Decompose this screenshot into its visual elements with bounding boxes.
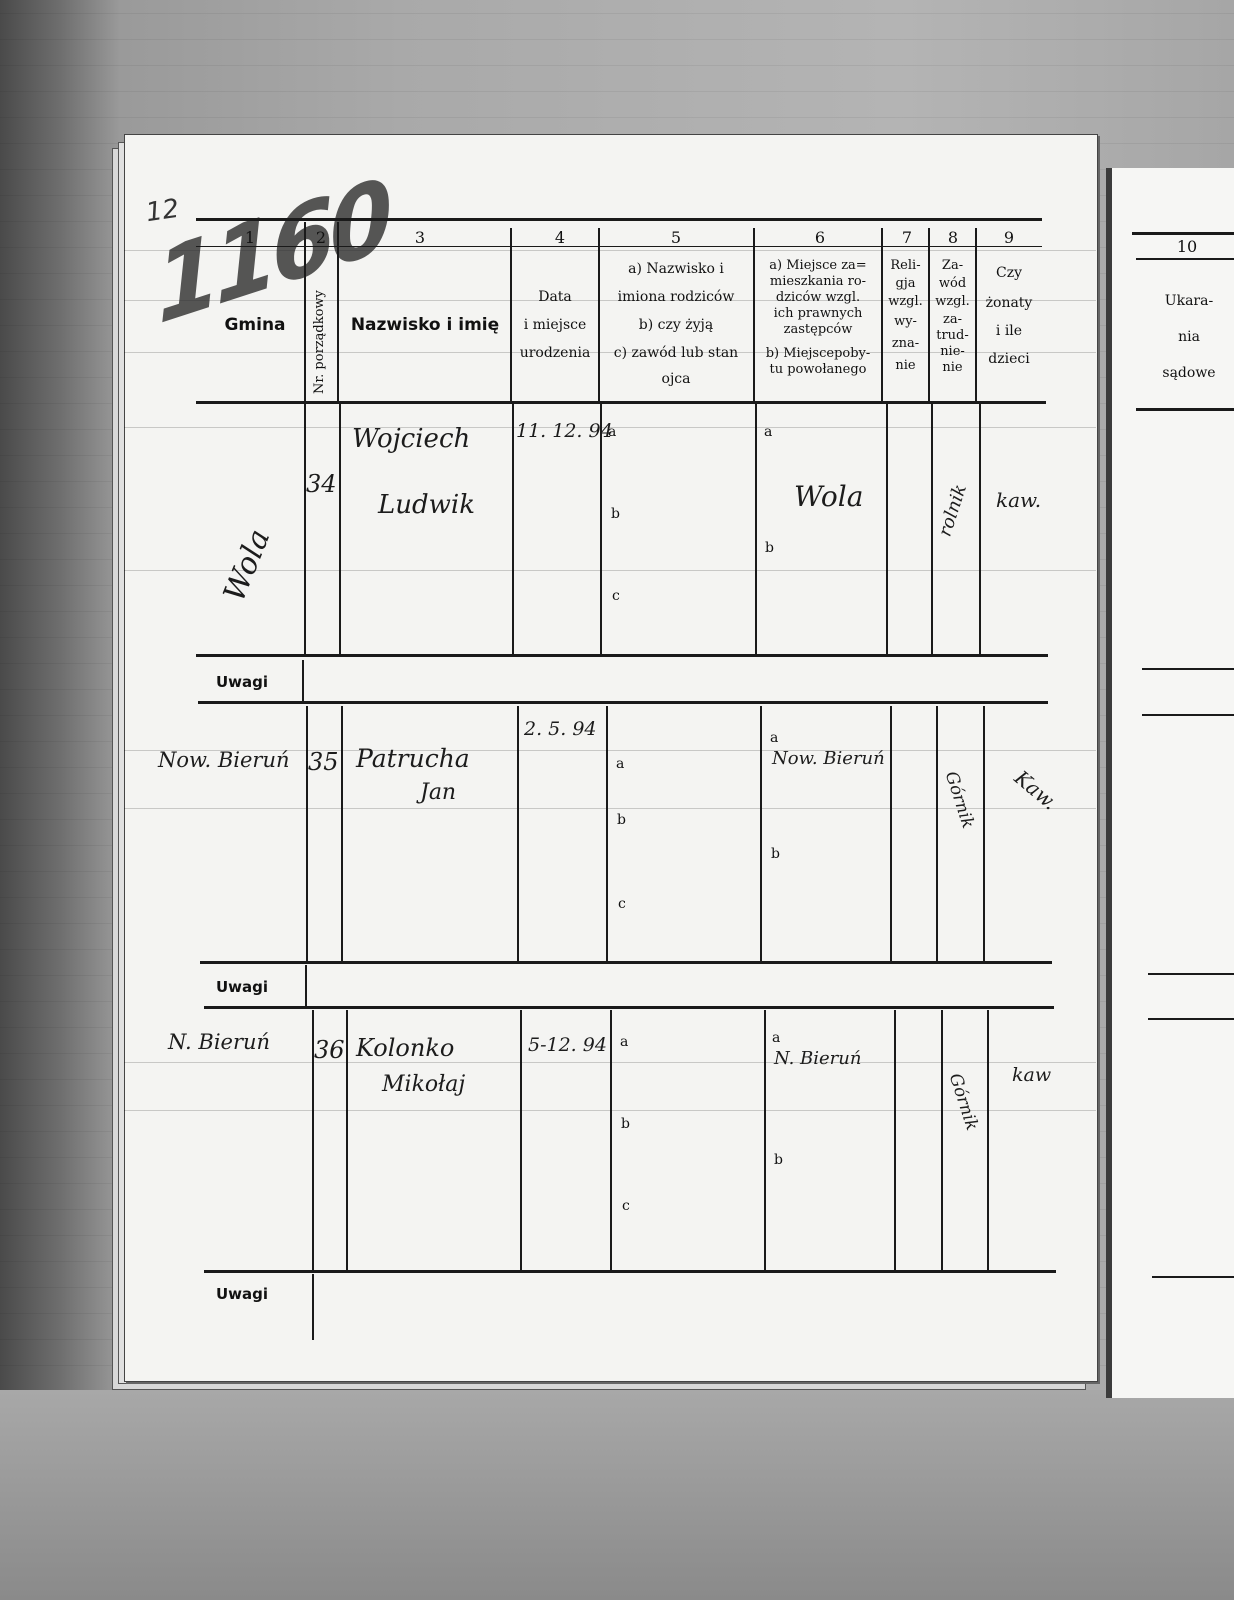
- column-2-label: Nr. porządkowy: [312, 290, 327, 394]
- column-divider: [304, 222, 306, 402]
- sub-marker-a: a: [764, 424, 772, 440]
- column-7-label-line: wzgl.: [883, 294, 928, 310]
- column-5-label-line: imiona rodziców: [600, 288, 752, 306]
- column-7-number: 7: [892, 228, 922, 247]
- entry-3-parents-residence: N. Bieruń: [774, 1048, 861, 1069]
- column-divider: [337, 222, 339, 402]
- column-1-label: Gmina: [210, 316, 300, 334]
- entry-2-gmina: Now. Bieruń: [158, 748, 290, 772]
- sub-marker-b: b: [621, 1116, 630, 1132]
- column-8-label-line: wód: [930, 276, 975, 292]
- column-10-label-line: sądowe: [1134, 358, 1234, 388]
- column-divider: [936, 706, 938, 962]
- column-5-label-line: c) zawód lub stan: [600, 344, 752, 362]
- column-divider: [304, 404, 306, 656]
- column-divider: [610, 1010, 612, 1272]
- entry-2-surname: Patrucha: [356, 744, 470, 773]
- remarks-divider: [302, 660, 304, 702]
- sub-marker-b: b: [765, 540, 774, 556]
- ruled-line: [124, 808, 1096, 809]
- entry-3-gmina: N. Bieruń: [168, 1030, 270, 1054]
- column-divider: [886, 404, 888, 656]
- entry-3-bottom-rule: [204, 1270, 1056, 1273]
- divider: [1148, 1018, 1234, 1020]
- entry-2-birth-date: 2. 5. 94: [524, 718, 597, 740]
- column-6-label-line: zastępców: [755, 322, 881, 338]
- adjacent-page: 10 Ukara- nia sądowe: [1106, 168, 1234, 1398]
- entry-1-number: 34: [306, 470, 337, 498]
- sub-marker-c: c: [622, 1198, 630, 1214]
- column-5-number: 5: [656, 228, 696, 247]
- divider: [1136, 258, 1234, 260]
- remarks-divider: [312, 1274, 314, 1340]
- entry-2-number: 35: [308, 748, 339, 776]
- column-divider: [517, 706, 519, 962]
- entry-3-given-name: Mikołaj: [382, 1072, 465, 1097]
- column-divider: [975, 228, 977, 402]
- column-6-label-line: a) Miejsce za=: [755, 258, 881, 274]
- sub-marker-c: c: [612, 588, 620, 604]
- column-divider: [341, 706, 343, 962]
- column-7-label-line: gja: [883, 276, 928, 292]
- column-divider: [760, 706, 762, 962]
- sub-marker-a: a: [770, 730, 778, 746]
- entry-1-marital-status: kaw.: [996, 488, 1041, 512]
- column-6-label-line: ich prawnych: [755, 306, 881, 322]
- column-7-label-line: nie: [883, 358, 928, 374]
- column-8-label-line: nie: [930, 360, 975, 376]
- column-divider: [510, 228, 512, 402]
- column-10-label-line: Ukara-: [1134, 286, 1234, 316]
- column-2-number: 2: [306, 228, 336, 247]
- entry-3-birth-date: 5-12. 94: [528, 1034, 607, 1056]
- column-9-label-line: i ile: [977, 322, 1041, 340]
- column-5-label-line: b) czy żyją: [600, 316, 752, 334]
- entry-3-marital-status: kaw: [1012, 1064, 1051, 1086]
- column-divider: [931, 404, 933, 656]
- column-8-label-line: nie-: [930, 344, 975, 360]
- column-7-label-line: Reli-: [883, 258, 928, 274]
- divider: [1148, 973, 1234, 975]
- column-8-label-line: wzgl.: [930, 294, 975, 310]
- column-9-label-line: żonaty: [977, 294, 1041, 312]
- column-9-label-line: Czy: [977, 264, 1041, 282]
- divider: [1136, 408, 1234, 411]
- sub-marker-a: a: [620, 1034, 628, 1050]
- column-9-label-line: dzieci: [977, 350, 1041, 368]
- column-6-label-line: dziców wzgl.: [755, 290, 881, 306]
- ruled-line: [124, 570, 1096, 571]
- column-10-label-line: nia: [1134, 322, 1234, 352]
- column-divider: [755, 404, 757, 656]
- entry-2-bottom-rule: [200, 961, 1052, 964]
- column-5-label-line: a) Nazwisko i: [600, 260, 752, 278]
- entry-1-remarks-rule: [198, 701, 1048, 704]
- column-6-label-line: b) Miejscepoby-: [755, 346, 881, 362]
- sub-marker-b: b: [611, 506, 620, 522]
- sub-marker-a: a: [608, 424, 616, 440]
- divider: [1142, 668, 1234, 670]
- entry-1-bottom-rule: [196, 654, 1048, 657]
- column-divider: [606, 706, 608, 962]
- scan-background-bottom: [0, 1390, 1234, 1600]
- column-7-label-line: wy-: [883, 314, 928, 330]
- entry-1-surname: Wojciech: [352, 424, 470, 454]
- column-7-label-line: zna-: [883, 336, 928, 352]
- column-divider: [979, 404, 981, 656]
- sub-marker-b: b: [774, 1152, 783, 1168]
- column-6-label-line: mieszkania ro-: [755, 274, 881, 290]
- column-divider: [764, 1010, 766, 1272]
- header-bottom-rule: [196, 401, 1046, 404]
- column-4-label-line: urodzenia: [512, 344, 598, 362]
- column-divider: [983, 706, 985, 962]
- column-8-label-line: trud-: [930, 328, 975, 344]
- entry-2-remarks-rule: [204, 1006, 1054, 1009]
- column-divider: [987, 1010, 989, 1272]
- sub-marker-c: c: [618, 896, 626, 912]
- sub-marker-b: b: [617, 812, 626, 828]
- column-3-number: 3: [400, 228, 440, 247]
- column-3-label: Nazwisko i imię: [342, 316, 508, 334]
- column-divider: [306, 706, 308, 962]
- entry-1-remarks-label: Uwagi: [216, 673, 268, 691]
- column-9-number: 9: [994, 228, 1024, 247]
- column-4-label-line: i miejsce: [512, 316, 598, 334]
- column-divider: [520, 1010, 522, 1272]
- remarks-divider: [305, 965, 307, 1007]
- column-6-label-line: tu powołanego: [755, 362, 881, 378]
- column-4-label-line: Data: [512, 288, 598, 306]
- page-marker: 12: [144, 194, 181, 228]
- column-8-label-line: Za-: [930, 258, 975, 274]
- column-divider: [512, 404, 514, 656]
- entry-1-parents-residence: Wola: [794, 480, 863, 513]
- column-8-number: 8: [938, 228, 968, 247]
- sub-marker-b: b: [771, 846, 780, 862]
- entry-1-given-name: Ludwik: [378, 490, 475, 520]
- entry-2-parents-residence: Now. Bieruń: [772, 748, 885, 769]
- column-4-number: 4: [540, 228, 580, 247]
- entry-2-remarks-label: Uwagi: [216, 978, 268, 996]
- column-6-number: 6: [800, 228, 840, 247]
- column-divider: [894, 1010, 896, 1272]
- entry-3-remarks-label: Uwagi: [216, 1285, 268, 1303]
- column-divider: [339, 404, 341, 656]
- entry-2-given-name: Jan: [420, 780, 456, 805]
- entry-1-birth-date: 11. 12. 94: [516, 420, 613, 442]
- column-8-label-line: za-: [930, 312, 975, 328]
- column-divider: [890, 706, 892, 962]
- entry-3-surname: Kolonko: [356, 1034, 454, 1062]
- sub-marker-a: a: [616, 756, 624, 772]
- entry-3-number: 36: [314, 1036, 345, 1064]
- column-5-label-line: ojca: [600, 370, 752, 388]
- column-divider: [941, 1010, 943, 1272]
- divider: [1152, 1276, 1234, 1278]
- column-divider: [346, 1010, 348, 1272]
- header-top-rule: [196, 218, 1042, 221]
- divider: [1142, 714, 1234, 716]
- sub-marker-a: a: [772, 1030, 780, 1046]
- column-1-number: 1: [230, 228, 270, 247]
